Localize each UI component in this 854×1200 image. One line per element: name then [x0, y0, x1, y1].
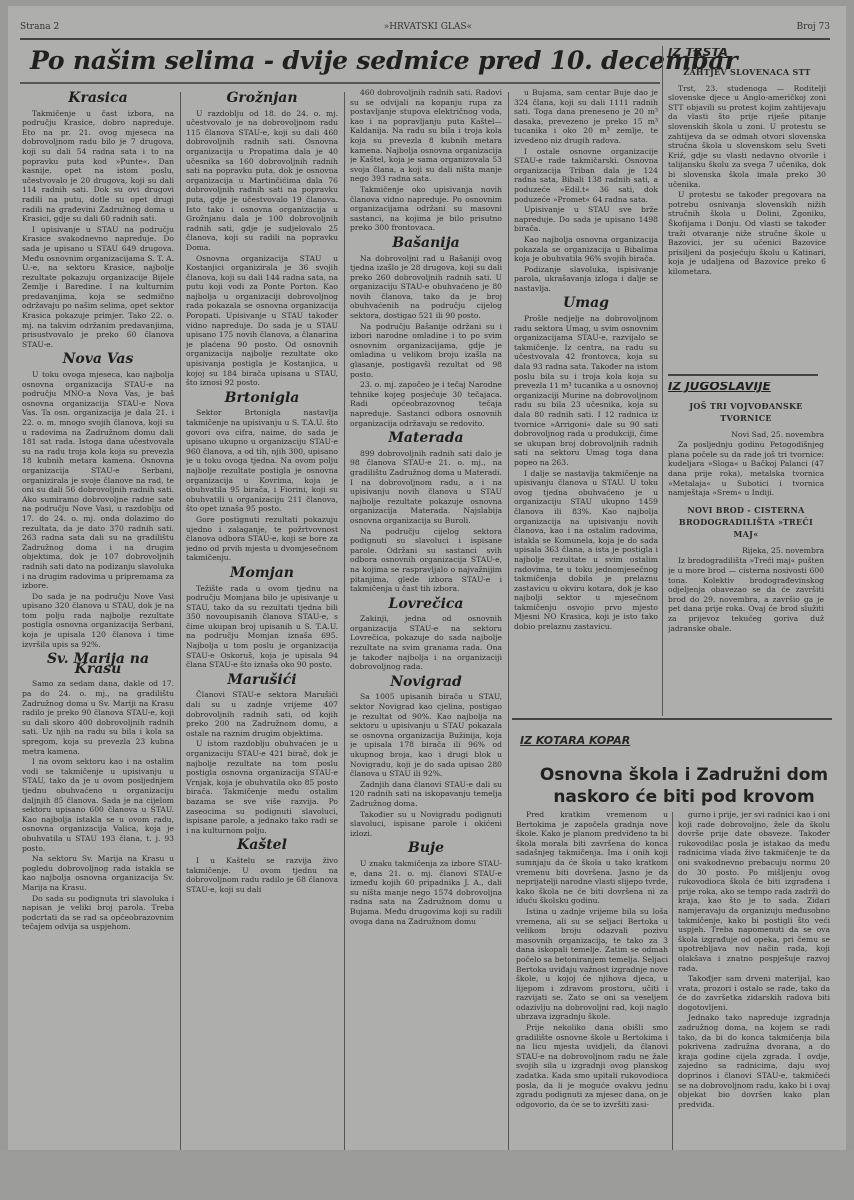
section-title-momjan: Momjan: [186, 569, 338, 579]
paragraph: I dalje se nastavlja takmičenje na upisi…: [514, 469, 658, 632]
newspaper-page: Strana 2 »HRVATSKI GLAS« Broj 73 Po naši…: [8, 6, 846, 1196]
paragraph: u Bujama, sam centar Buje dao je 324 čla…: [514, 88, 658, 146]
paragraph: Prošle nedjelje na dobrovoljnom radu sek…: [514, 314, 658, 468]
paragraph: Na dobrovoljni rad u Bašaniji ovog tjedn…: [350, 254, 502, 321]
paragraph: Na sektoru Sv. Marija na Krasu u pogledu…: [22, 854, 174, 892]
paragraph: Upisivanje u STAU sve brže napreduje. Do…: [514, 205, 658, 234]
column-2: Grožnjan U razdoblju od 18. do 24. o. mj…: [186, 88, 338, 1153]
paragraph: 23. o. mj. započeo je i tečaj Narodne te…: [350, 380, 502, 428]
paragraph: Težište rada u ovom tjednu na području M…: [186, 584, 338, 670]
paragraph: Zadnjih dana članovi STAU-e dali su 120 …: [350, 780, 502, 809]
trst-box: IZ TRSTA ZAHTJEV SLOVENACA STT Trst, 23.…: [668, 48, 826, 370]
column-4: u Bujama, sam centar Buje dao je 324 čla…: [514, 88, 658, 708]
section-rule: [512, 718, 832, 720]
section-title-umag: Umag: [514, 299, 658, 309]
paragraph: Za posljednju godinu Petogodišnjeg plana…: [668, 440, 824, 498]
paragraph: Takođier su u Novigradu podignuti slavol…: [350, 810, 502, 839]
paragraph: Takođjer sam drveni materijal, kao vrata…: [678, 974, 830, 1012]
paragraph: U toku ovoga mjeseca, kao najbolja osnov…: [22, 370, 174, 591]
column-3: 460 dobrovoljnih radnih sati. Radovi su …: [350, 88, 502, 1153]
paragraph: I ostale osnovne organizacije STAU-e rad…: [514, 147, 658, 205]
headline-rule: [20, 82, 660, 84]
paragraph: I na ovom sektoru kao i na ostalim vodi …: [22, 757, 174, 853]
story-title: JOŠ TRI VOJVOĐANSKE TVORNICE: [668, 400, 824, 424]
section-title-groznjan: Grožnjan: [186, 94, 338, 104]
story-title: NOVI BROD - CISTERNA BRODOGRADILIŠTA »TR…: [668, 504, 824, 540]
paragraph: Podizanje slavoluka, ispisivanje parola,…: [514, 265, 658, 294]
section-title-basanija: Bašanija: [350, 239, 502, 249]
section-title-brtonigla: Brtonigla: [186, 394, 338, 404]
paragraph: Pred kratkim vremenom u Bertokima je zap…: [516, 810, 668, 906]
paragraph: Gore postignuti rezultati pokazuju ujedn…: [186, 515, 338, 563]
paragraph: Prije nekoliko dana obišli smo gradilišt…: [516, 1023, 668, 1109]
paragraph: U istom razdoblju obuhvaćen je u organiz…: [186, 739, 338, 835]
newspaper-name: »HRVATSKI GLAS«: [384, 22, 472, 36]
paragraph: Sektor Brtonigla nastavlja takmičenje na…: [186, 408, 338, 514]
section-title-materada: Materada: [350, 434, 502, 444]
dateline: Novi Sad, 25. novembra: [668, 430, 824, 440]
page-number: Strana 2: [20, 22, 59, 36]
paragraph: Trst, 23. studenoga — Roditelji slovensk…: [668, 84, 826, 190]
issue-number: Broj 73: [797, 22, 830, 36]
kopar-column-b: gurno i prije, jer svi radnici kao i oni…: [678, 810, 830, 1150]
column-divider: [672, 812, 673, 1152]
section-title-krasica: Krasica: [22, 94, 174, 104]
jugoslavija-box: IZ JUGOSLAVIJE JOŠ TRI VOJVOĐANSKE TVORN…: [668, 382, 824, 712]
kopar-headline: Osnovna škola i Zadružni dom naskoro će …: [526, 764, 842, 808]
paragraph: Na području cijelog sektora podignuti su…: [350, 527, 502, 594]
paragraph: Sa 1005 upisanih birača u STAU, sektor N…: [350, 692, 502, 778]
paragraph: Do sada su podignuta tri slavoluka i nap…: [22, 894, 174, 932]
section-label-jugoslavija: IZ JUGOSLAVIJE: [668, 382, 824, 392]
paragraph: I upisivanje u STAU na području Krasice …: [22, 225, 174, 350]
paragraph: Kao najbolja osnovna organizacija pokaza…: [514, 235, 658, 264]
paragraph: Jednako tako napreduje izgradnja zadružn…: [678, 1013, 830, 1109]
paragraph: Osnovna organizacija STAU u Kostanjici o…: [186, 254, 338, 388]
page-header: Strana 2 »HRVATSKI GLAS« Broj 73: [20, 22, 830, 36]
dateline: Rijeka, 25. novembra: [668, 546, 824, 556]
paragraph: gurno i prije, jer svi radnici kao i oni…: [678, 810, 830, 973]
section-title-sv-marija: Sv. Marija na Krasu: [22, 655, 174, 674]
section-title-buje: Buje: [350, 844, 502, 854]
column-1: Krasica Takmičenje u čast izbora, na pod…: [22, 88, 174, 1153]
page-bottom-margin: [0, 1150, 854, 1200]
column-divider: [508, 92, 509, 1152]
main-headline: Po našim selima - dvije sedmice pred 10.…: [30, 46, 660, 75]
column-divider: [344, 92, 345, 1152]
paragraph: Zakinji, jedna od osnovnih organizacija …: [350, 614, 502, 672]
paragraph: 899 dobrovoljnih radnih sati dalo je 98 …: [350, 449, 502, 526]
paragraph: U razdoblju od 18. do 24. o. mj. učestvo…: [186, 109, 338, 253]
paragraph: Članovi STAU-e sektora Marušići dali su …: [186, 690, 338, 738]
paragraph: 460 dobrovoljnih radnih sati. Radovi su …: [350, 88, 502, 184]
paragraph: Do sada je na području Nove Vasi upisano…: [22, 592, 174, 650]
story-title: ZAHTJEV SLOVENACA STT: [668, 66, 826, 78]
column-divider: [662, 46, 663, 716]
paragraph: Takmičenje u čast izbora, na području Kr…: [22, 109, 174, 224]
section-title-nova-vas: Nova Vas: [22, 355, 174, 365]
paragraph: Takmičenje oko upisivanja novih članova …: [350, 185, 502, 233]
section-rule: [668, 374, 818, 376]
paragraph: Na području Bašanije održani su i izbori…: [350, 322, 502, 380]
paragraph: I u Kaštelu se razvija živo takmičenje. …: [186, 856, 338, 894]
section-label-kopar: IZ KOTARA KOPAR: [520, 734, 630, 747]
header-rule: [20, 38, 830, 40]
section-label-trst: IZ TRSTA: [668, 48, 826, 58]
kopar-column-a: Pred kratkim vremenom u Bertokima je zap…: [516, 810, 668, 1150]
section-title-novigrad: Novigrad: [350, 678, 502, 688]
section-title-lovrecica: Lovrečica: [350, 600, 502, 610]
paragraph: U znaku takmičenja za izbore STAU-e, dan…: [350, 859, 502, 926]
section-title-marusici: Marušići: [186, 676, 338, 686]
paragraph: Istina u zadnje vrijeme bila su loša vre…: [516, 907, 668, 1022]
section-title-kastel: Kaštel: [186, 841, 338, 851]
paragraph: Samo za sedam dana, dakle od 17. pa do 2…: [22, 679, 174, 756]
paragraph: U protestu se također pregovara na potre…: [668, 190, 826, 276]
column-divider: [180, 92, 181, 1152]
paragraph: Iz brodogradilišta »Treći maj« pušten je…: [668, 556, 824, 633]
